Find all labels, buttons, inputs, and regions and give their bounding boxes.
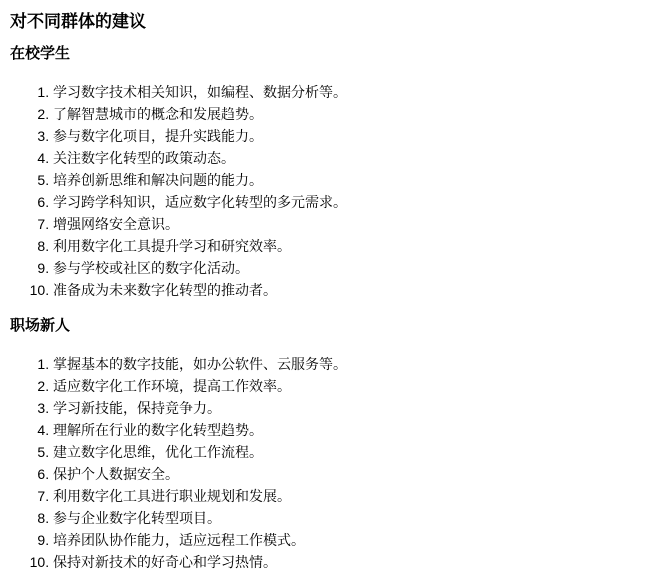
list-item: 增强网络安全意识。: [53, 213, 648, 235]
list-item: 了解智慧城市的概念和发展趋势。: [53, 103, 648, 125]
suggestion-list-workplace-newcomers: 掌握基本的数字技能，如办公软件、云服务等。适应数字化工作环境，提高工作效率。学习…: [10, 353, 648, 573]
list-item: 参与企业数字化转型项目。: [53, 507, 648, 529]
list-item: 学习新技能，保持竞争力。: [53, 397, 648, 419]
list-item: 培养团队协作能力，适应远程工作模式。: [53, 529, 648, 551]
page-title: 对不同群体的建议: [10, 12, 648, 32]
list-item: 保护个人数据安全。: [53, 463, 648, 485]
list-item: 利用数字化工具进行职业规划和发展。: [53, 485, 648, 507]
section-students: 在校学生 学习数字技术相关知识，如编程、数据分析等。了解智慧城市的概念和发展趋势…: [10, 45, 648, 301]
document-page: 对不同群体的建议 在校学生 学习数字技术相关知识，如编程、数据分析等。了解智慧城…: [0, 0, 658, 578]
list-item: 理解所在行业的数字化转型趋势。: [53, 419, 648, 441]
list-item: 参与学校或社区的数字化活动。: [53, 257, 648, 279]
list-item: 参与数字化项目，提升实践能力。: [53, 125, 648, 147]
list-item: 学习跨学科知识，适应数字化转型的多元需求。: [53, 191, 648, 213]
list-item: 关注数字化转型的政策动态。: [53, 147, 648, 169]
list-item: 学习数字技术相关知识，如编程、数据分析等。: [53, 81, 648, 103]
list-item: 适应数字化工作环境，提高工作效率。: [53, 375, 648, 397]
section-workplace-newcomers: 职场新人 掌握基本的数字技能，如办公软件、云服务等。适应数字化工作环境，提高工作…: [10, 317, 648, 573]
list-item: 利用数字化工具提升学习和研究效率。: [53, 235, 648, 257]
list-item: 保持对新技术的好奇心和学习热情。: [53, 551, 648, 573]
list-item: 掌握基本的数字技能，如办公软件、云服务等。: [53, 353, 648, 375]
group-heading-workplace-newcomers: 职场新人: [10, 317, 648, 335]
list-item: 培养创新思维和解决问题的能力。: [53, 169, 648, 191]
suggestion-list-students: 学习数字技术相关知识，如编程、数据分析等。了解智慧城市的概念和发展趋势。参与数字…: [10, 81, 648, 301]
group-heading-students: 在校学生: [10, 45, 648, 63]
list-item: 准备成为未来数字化转型的推动者。: [53, 279, 648, 301]
list-item: 建立数字化思维，优化工作流程。: [53, 441, 648, 463]
